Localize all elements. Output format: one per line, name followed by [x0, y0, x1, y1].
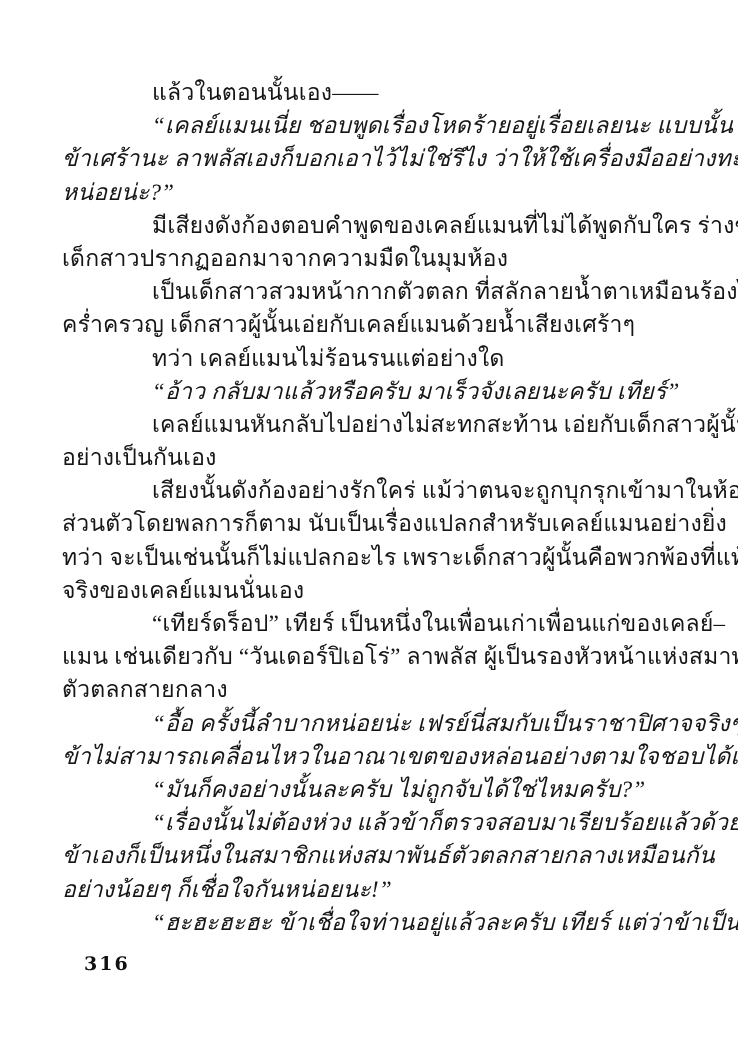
text-line: คร่ำครวญ เด็กสาวผู้นั้นเอ่ยกับเคลย์แมนด้… — [62, 308, 664, 341]
text-line: ข้าไม่สามารถเคลื่อนไหวในอาณาเขตของหล่อนอ… — [62, 740, 664, 773]
text-line: เด็กสาวปรากฏออกมาจากความมืดในมุมห้อง — [62, 242, 664, 275]
text-line: “เคลย์แมนเนี่ย ชอบพูดเรื่องโหดร้ายอยู่เร… — [62, 109, 664, 142]
text-line: ข้าเศร้านะ ลาพลัสเองก็บอกเอาไว้ไม่ใช่รึไ… — [62, 142, 664, 175]
text-line: ส่วนตัวโดยพลการก็ตาม นับเป็นเรื่องแปลกสำ… — [62, 507, 664, 540]
text-line: “อื้อ ครั้งนี้ลำบากหน่อยน่ะ เฟรย์นี่สมกั… — [62, 707, 664, 740]
text-line: แล้วในตอนนั้นเอง—— — [62, 76, 664, 109]
text-line: เสียงนั้นดังก้องอย่างรักใคร่ แม้ว่าตนจะถ… — [62, 474, 664, 507]
text-line: ทว่า เคลย์แมนไม่ร้อนรนแต่อย่างใด — [62, 342, 664, 375]
text-line: “มันก็คงอย่างนั้นละครับ ไม่ถูกจับได้ใช่ไ… — [62, 773, 664, 806]
text-line: “อ้าว กลับมาแล้วหรือครับ มาเร็วจังเลยนะค… — [62, 375, 664, 408]
page-number: 316 — [84, 953, 130, 975]
text-line: ทว่า จะเป็นเช่นนั้นก็ไม่แปลกอะไร เพราะเด… — [62, 541, 664, 574]
text-line: อย่างเป็นกันเอง — [62, 441, 664, 474]
text-line: อย่างน้อยๆ ก็เชื่อใจกันหน่อยนะ!” — [62, 873, 664, 906]
book-page: แล้วในตอนนั้นเอง——“เคลย์แมนเนี่ย ชอบพูดเ… — [0, 0, 738, 1051]
text-line: “เรื่องนั้นไม่ต้องห่วง แล้วข้าก็ตรวจสอบม… — [62, 806, 664, 839]
text-line: มีเสียงดังก้องตอบคำพูดของเคลย์แมนที่ไม่ไ… — [62, 209, 664, 242]
text-line: ตัวตลกสายกลาง — [62, 673, 664, 706]
text-line: หน่อยน่ะ?” — [62, 176, 664, 209]
text-line: ข้าเองก็เป็นหนึ่งในสมาชิกแห่งสมาพันธ์ตัว… — [62, 839, 664, 872]
page-text: แล้วในตอนนั้นเอง——“เคลย์แมนเนี่ย ชอบพูดเ… — [62, 76, 664, 939]
text-line: จริงของเคลย์แมนนั่นเอง — [62, 574, 664, 607]
text-line: “เทียร์ดร็อป” เทียร์ เป็นหนึ่งในเพื่อนเก… — [62, 607, 664, 640]
text-line: เคลย์แมนหันกลับไปอย่างไม่สะทกสะท้าน เอ่ย… — [62, 408, 664, 441]
text-line: แมน เช่นเดียวกับ “วันเดอร์ปิเอโร่” ลาพลั… — [62, 640, 664, 673]
text-line: เป็นเด็กสาวสวมหน้ากากตัวตลก ที่สลักลายน้… — [62, 275, 664, 308]
text-line: “ฮะฮะฮะฮะ ข้าเชื่อใจท่านอยู่แล้วละครับ เ… — [62, 906, 664, 939]
